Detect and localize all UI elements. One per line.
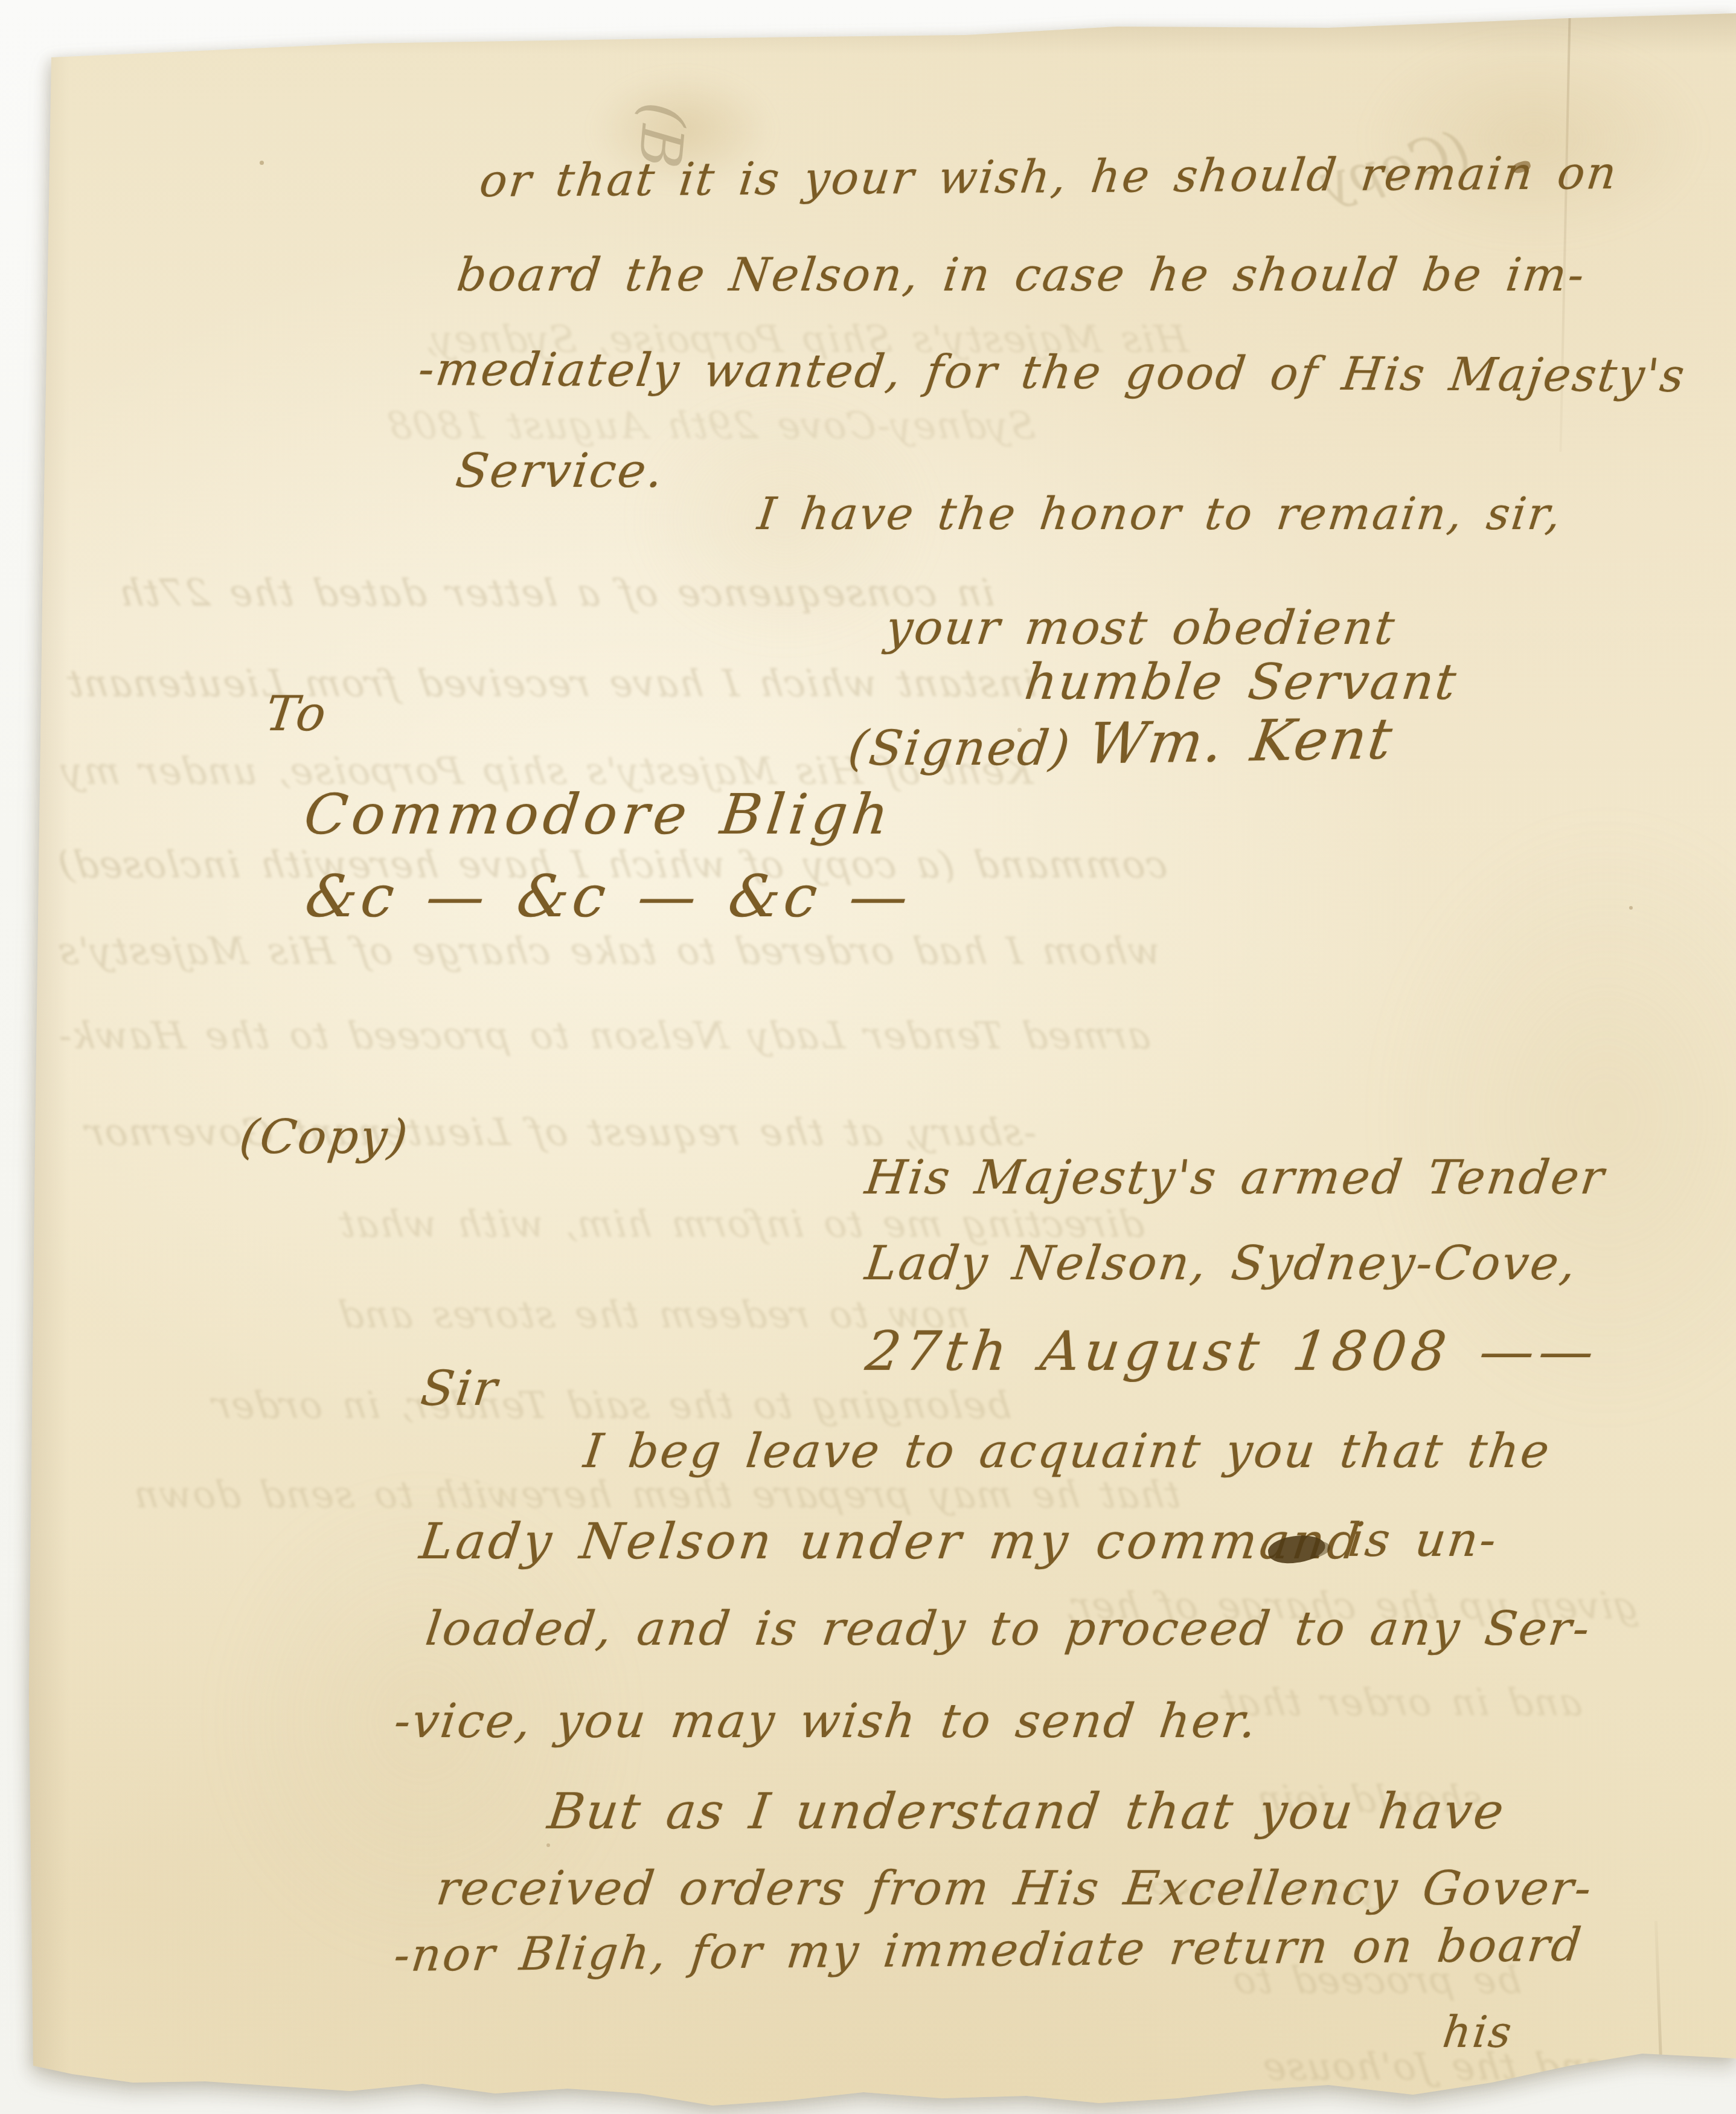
ink-speck <box>260 161 264 165</box>
letter-line: board the Nelson, in case he should be i… <box>454 248 1589 301</box>
paper-shadow-wrap: His Majesty's Ship Porpoise, Sydney, Syd… <box>0 0 1736 2114</box>
showthrough-line: instant which I have received from Lieut… <box>64 661 1039 705</box>
body-line: -vice, you may wish to send her. <box>391 1694 1261 1749</box>
showthrough-line: and the Jo'house <box>1260 2045 1612 2089</box>
showthrough-line: that he may prepare them herewith to sen… <box>130 1473 1183 1517</box>
address-line: Commodore Bligh <box>301 782 897 847</box>
catchword: his <box>1440 2006 1516 2057</box>
body-line: I beg leave to acquaint you that the <box>581 1424 1554 1479</box>
showthrough-line: in consequence of a letter dated the 27t… <box>115 571 997 615</box>
address-line: &c — &c — &c — <box>302 863 915 930</box>
showthrough-line: armed Tender Lady Nelson to proceed to t… <box>55 1014 1153 1058</box>
address-line: To <box>263 686 331 742</box>
showthrough-line: whom I had ordered to take charge of His… <box>55 929 1163 973</box>
body-line: -nor Bligh, for my immediate return on b… <box>391 1918 1586 1982</box>
signature: Wm. Kent <box>1084 706 1398 777</box>
showthrough-line: -sbury, at the request of Lieutenant Gov… <box>82 1110 1039 1154</box>
paper-left-edge-shading <box>27 54 69 2078</box>
heading-line: His Majesty's armed Tender <box>862 1151 1609 1205</box>
closing-line: I have the honor to remain, sir, <box>755 488 1565 540</box>
body-line: received orders from His Excellency Gove… <box>434 1862 1596 1916</box>
closing-line: humble Servant <box>1022 654 1461 711</box>
showthrough-line: Sydney-Cove 29th August 1808 <box>384 403 1038 448</box>
corner-fold-crease <box>1654 1921 1664 2096</box>
ink-speck <box>546 1843 550 1847</box>
letter-line: -mediately wanted, for the good of His M… <box>415 342 1690 402</box>
showthrough-line: and in order that <box>1217 1680 1584 1724</box>
body-line: loaded, and is ready to proceed to any S… <box>423 1602 1594 1656</box>
manuscript-photo: His Majesty's Ship Porpoise, Sydney, Syd… <box>0 0 1736 2114</box>
letter-paper: His Majesty's Ship Porpoise, Sydney, Syd… <box>0 0 1736 2114</box>
signed-prefix: (Signed) <box>845 720 1075 776</box>
body-line: But as I understand that you have <box>545 1783 1508 1840</box>
ink-speck <box>1629 906 1633 910</box>
ink-speck <box>423 24 428 30</box>
letter-line: or that it is your wish, he should remai… <box>477 146 1621 207</box>
closing-line: your most obedient <box>883 601 1399 655</box>
showthrough-line: belonging to the said Tender, in order <box>209 1383 1014 1427</box>
heading-line: 27th August 1808 —— <box>862 1320 1602 1383</box>
heading-line: Lady Nelson, Sydney-Cove, <box>862 1236 1580 1291</box>
body-line: Lady Nelson under my command <box>417 1513 1366 1570</box>
salutation: Sir <box>418 1360 502 1416</box>
letter-line: Service. <box>453 444 668 498</box>
body-line: is un- <box>1345 1513 1501 1567</box>
copy-label: (Copy) <box>237 1110 412 1165</box>
